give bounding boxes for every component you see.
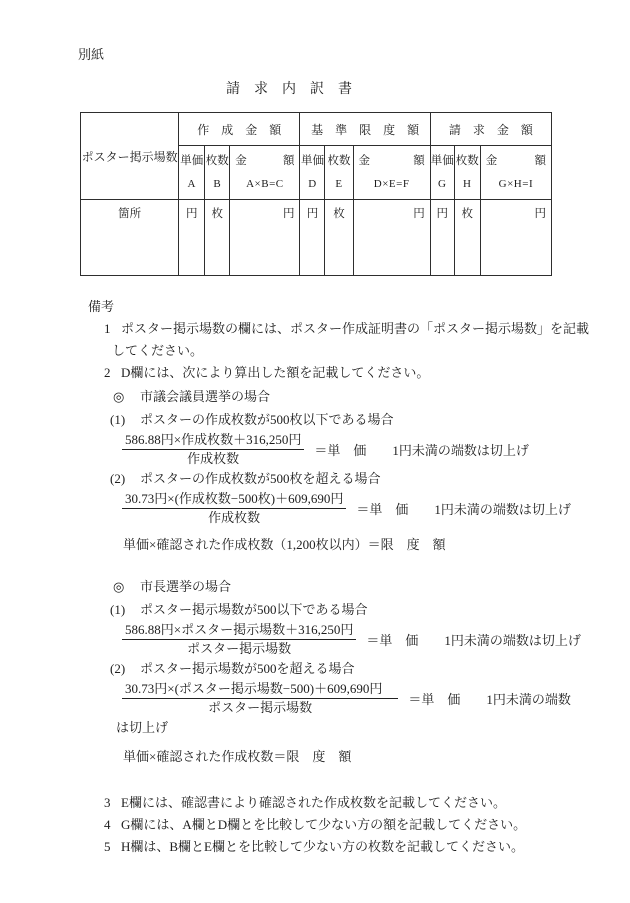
poster-count-header: ポスター掲示場数: [81, 113, 179, 200]
remarks-heading: 備考: [88, 296, 594, 318]
invoice-breakdown-table: ポスター掲示場数 作 成 金 額 基 準 限 度 額 請 求 金 額 単価 A …: [80, 112, 552, 276]
document-title: 請 求 内 訳 書: [226, 80, 352, 100]
council-formula-1: 586.88円×作成枚数＋316,250円 作成枚数 ＝単 価 1円未満の端数は…: [122, 432, 594, 467]
remark-item-1: 1 ポスター掲示場数の欄には、ポスター作成証明書の「ポスター掲示場数」を記載: [104, 318, 594, 340]
remark-item-5: 5 H欄は、B欄とE欄とを比較して少ない方の枚数を記載してください。: [104, 836, 594, 858]
unit-cell-yen-a: 円: [179, 200, 205, 276]
fraction: 586.88円×作成枚数＋316,250円 作成枚数: [122, 432, 304, 467]
remark-item-3: 3 E欄には、確認書により確認された作成枚数を記載してください。: [104, 792, 594, 814]
group-header-claim-amount: 請 求 金 額: [430, 113, 551, 146]
col-header-unit-price-g: 単価 G: [430, 146, 454, 200]
remark-item-4: 4 G欄には、A欄とD欄とを比較して少ない方の額を記載してください。: [104, 814, 594, 836]
mayor-note-wrap: は切上げ: [116, 718, 594, 738]
col-header-sheets-b: 枚数 B: [205, 146, 230, 200]
fraction: 30.73円×(ポスター掲示場数−500)＋609,690円 ポスター掲示場数: [122, 681, 398, 716]
council-limit-formula: 単価×確認された作成枚数（1,200枚以内）＝限 度 額: [123, 534, 594, 556]
attachment-tag: 別紙: [78, 46, 594, 64]
col-header-amount-c: 金 額 A×B=C: [230, 146, 300, 200]
remarks-section: 備考 1 ポスター掲示場数の欄には、ポスター作成証明書の「ポスター掲示場数」を記…: [78, 296, 594, 858]
mayor-election-block: ◎ 市長選挙の場合 (1) ポスター掲示場数が500以下である場合 586.88…: [78, 576, 594, 768]
double-circle-mark: ◎: [113, 386, 140, 408]
unit-cell-yen-i: 円: [480, 200, 551, 276]
unit-cell-sheet-b: 枚: [205, 200, 230, 276]
fraction: 586.88円×ポスター掲示場数＋316,250円 ポスター掲示場数: [122, 622, 356, 657]
council-election-heading: ◎ 市議会議員選挙の場合: [113, 386, 594, 408]
group-header-creation-amount: 作 成 金 額: [179, 113, 300, 146]
mayor-case-1: (1) ポスター掲示場数が500以下である場合: [110, 600, 594, 620]
col-header-sheets-e: 枚数 E: [325, 146, 353, 200]
col-header-amount-f: 金 額 D×E=F: [353, 146, 430, 200]
council-formula-2: 30.73円×(作成枚数−500枚)＋609,690円 作成枚数 ＝単 価 1円…: [122, 491, 594, 526]
unit-cell-sheet-h: 枚: [454, 200, 480, 276]
council-case-2: (2) ポスターの作成枚数が500枚を超える場合: [110, 469, 594, 489]
col-header-unit-price-d: 単価 D: [300, 146, 325, 200]
col-header-sheets-h: 枚数 H: [454, 146, 480, 200]
mayor-formula-2: 30.73円×(ポスター掲示場数−500)＋609,690円 ポスター掲示場数 …: [122, 681, 594, 716]
document-page: 別紙 請 求 内 訳 書 ポスター掲示場数 作 成 金 額 基 準 限 度 額 …: [0, 0, 630, 903]
remark-item-2: 2 D欄には、次により算出した額を記載してください。: [104, 362, 594, 384]
entry-row: 箇所 円 枚 円 円 枚 円 円 枚 円: [81, 200, 552, 276]
place-count-cell: 箇所: [81, 200, 179, 276]
mayor-election-heading: ◎ 市長選挙の場合: [113, 576, 594, 598]
group-header-standard-limit: 基 準 限 度 額: [300, 113, 430, 146]
mayor-limit-formula: 単価×確認された作成枚数＝限 度 額: [123, 746, 594, 768]
unit-cell-yen-g: 円: [430, 200, 454, 276]
council-case-1: (1) ポスターの作成枚数が500枚以下である場合: [110, 410, 594, 430]
unit-cell-yen-d: 円: [300, 200, 325, 276]
double-circle-mark: ◎: [113, 576, 140, 598]
col-header-unit-price-a: 単価 A: [179, 146, 205, 200]
remarks-tail-items: 3 E欄には、確認書により確認された作成枚数を記載してください。 4 G欄には、…: [78, 792, 594, 858]
remark-item-1-continued: してください。: [112, 340, 594, 362]
unit-cell-yen-c: 円: [230, 200, 300, 276]
unit-cell-sheet-e: 枚: [325, 200, 353, 276]
fraction: 30.73円×(作成枚数−500枚)＋609,690円 作成枚数: [122, 491, 346, 526]
col-header-amount-i: 金 額 G×H=I: [480, 146, 551, 200]
mayor-case-2: (2) ポスター掲示場数が500を超える場合: [110, 659, 594, 679]
mayor-formula-1: 586.88円×ポスター掲示場数＋316,250円 ポスター掲示場数 ＝単 価 …: [122, 622, 594, 657]
unit-cell-yen-f: 円: [353, 200, 430, 276]
